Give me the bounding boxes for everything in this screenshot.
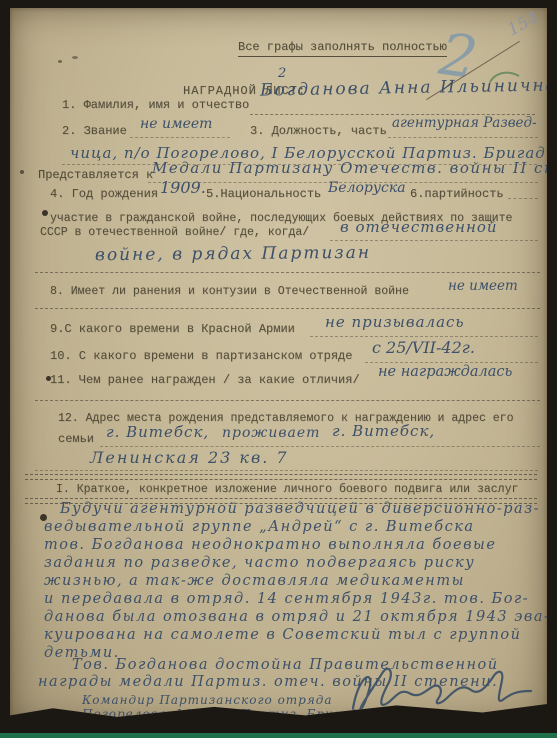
commander-title-line1: Командир Партизанского отряда	[82, 693, 333, 707]
field8-label: 8. Имеет ли ранения и контузии в Отечест…	[50, 285, 409, 298]
citation-line: и передавала в отряд. 14 сентября 1943г.…	[44, 591, 529, 607]
field2-value: не имеет	[140, 116, 212, 132]
presented-to-label: Представляется к	[38, 168, 153, 182]
field10-value: с 25/VII-42г.	[372, 338, 475, 357]
field1-value-name: Богданова Анна Ильинична	[260, 75, 557, 100]
field6-label: 6.партийность	[410, 187, 504, 201]
field9-label: 9.С какого времени в Красной Армии	[50, 322, 295, 336]
field12-label-line2: семьи	[58, 432, 94, 446]
field8-value: не имеет	[448, 278, 518, 294]
citation-line: данова была отозвана в отряд и 21 октябр…	[44, 609, 550, 625]
paper-sheet: Все графы заполнять полностью 2 154 НАГР…	[10, 8, 547, 724]
field12-value-resides: проживает	[222, 425, 320, 441]
field5-value: Белоруска	[328, 180, 406, 196]
speck	[20, 170, 24, 174]
citation-line: тов. Богданова неоднократно выполняла бо…	[44, 537, 496, 553]
blank-line	[365, 362, 538, 363]
section1-heading: I. Краткое, конкретное изложение личного…	[56, 483, 518, 496]
blank-line	[388, 137, 538, 138]
ink-blot	[46, 376, 51, 381]
scanner-edge-strip	[0, 733, 557, 738]
citation-line: жизнью, а так-же доставляла медикаменты	[44, 573, 465, 589]
citation-line: ведывательной группе „Андрей“ с г. Витеб…	[44, 519, 475, 535]
fill-all-fields-instruction: Все графы заполнять полностью	[238, 40, 447, 54]
blank-line	[330, 240, 538, 241]
blank-line	[508, 198, 538, 199]
ink-blot	[40, 514, 47, 521]
superscript-correction-mark: 2	[278, 66, 286, 81]
field10-label: 10. С какого времени в партизанском отря…	[50, 349, 352, 363]
blank-line	[130, 137, 230, 138]
blank-line	[35, 470, 538, 471]
separator-dashes	[35, 400, 540, 401]
field9-value: не призывалась	[325, 313, 465, 331]
ink-blot	[42, 210, 48, 216]
presented-to-value: Медали Партизану Отечеств. войны II ст.	[152, 159, 557, 177]
field12-value-birthplace: г. Витебск,	[106, 423, 209, 441]
blank-line	[100, 446, 540, 447]
scanned-award-document: Все графы заполнять полностью 2 154 НАГР…	[0, 0, 557, 738]
field2-label: 2. Звание	[62, 124, 127, 138]
citation-line: куирована на самолете в Советский тыл с …	[44, 627, 522, 643]
archive-page-number: 154	[504, 8, 542, 41]
field7-label-line2: СССР в отечественной войне/ где, когда/	[40, 226, 309, 239]
citation-line: Будучи агентурной разведчицей в диверсио…	[60, 501, 540, 517]
field12-value-street: Ленинская 23 кв. 7	[90, 448, 289, 467]
commander-signature-flourish	[335, 660, 535, 722]
field7-value-line2: войне, в рядах Партизан	[95, 243, 371, 265]
equals-divider	[25, 474, 537, 480]
field4-value: 1909.	[160, 178, 206, 197]
blank-line	[310, 336, 538, 337]
speck	[58, 60, 62, 63]
speck	[72, 56, 78, 59]
separator-dashes	[35, 308, 540, 309]
separator-dashes	[35, 272, 540, 273]
field7-value-line1: в отечественной	[340, 218, 498, 236]
field11-value: не награждалась	[378, 364, 512, 380]
field5-label: 5.Национальность	[206, 187, 321, 201]
citation-line: задания по разведке, часто подвергаясь р…	[44, 555, 475, 571]
field3-value-line1: агентурная Развед-	[392, 115, 537, 131]
field12-value-residence: г. Витебск,	[332, 422, 435, 440]
field4-label: 4. Год рождения	[50, 187, 158, 201]
field3-label: 3. Должность, часть	[250, 124, 387, 138]
field1-label: 1. Фамилия, имя и отчество	[62, 98, 249, 112]
field11-label: 11. Чем ранее награжден / за какие отлич…	[50, 373, 360, 387]
